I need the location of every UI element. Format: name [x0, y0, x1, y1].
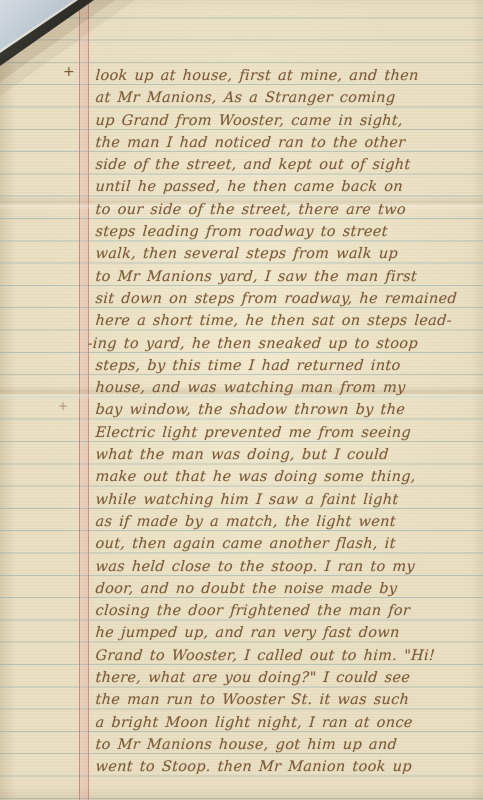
manuscript-line-text: closing the door frightened the man for — [95, 603, 411, 619]
manuscript-line: what the man was doing, but I could — [0, 442, 483, 464]
margin-mark: + — [58, 399, 68, 413]
manuscript-line: until he passed, he then came back on — [0, 174, 483, 196]
manuscript-line: here a short time, he then sat on steps … — [0, 308, 483, 330]
manuscript-line: make out that he was doing some thing, — [0, 464, 483, 486]
manuscript-line: steps, by this time I had returned into — [0, 353, 483, 375]
manuscript-line-text: went to Stoop. then Mr Manion took up — [95, 759, 412, 775]
manuscript-line-text: out, then again came another flash, it — [95, 536, 396, 552]
manuscript-line-text: was held close to the stoop. I ran to my — [95, 559, 416, 575]
manuscript-line-text: to our side of the street, there are two — [95, 202, 407, 218]
manuscript-line: was held close to the stoop. I ran to my — [0, 553, 483, 575]
manuscript-line-text: make out that he was doing some thing, — [95, 469, 416, 485]
manuscript-line-text: a bright Moon light night, I ran at once — [95, 715, 413, 731]
manuscript-line: closing the door frightened the man for — [0, 598, 483, 620]
manuscript-line: the man run to Wooster St. it was such — [0, 687, 483, 709]
manuscript-line-text: there, what are you doing?" I could see — [95, 670, 411, 686]
manuscript-line-text: house, and was watching man from my — [95, 380, 406, 396]
manuscript-line-text: to Mr Manions yard, I saw the man first — [95, 269, 418, 285]
manuscript-line-text: door, and no doubt the noise made by — [95, 581, 398, 597]
manuscript-line: to our side of the street, there are two — [0, 196, 483, 218]
manuscript-line: there, what are you doing?" I could see — [0, 665, 483, 687]
manuscript-line-text: to Mr Manions house, got him up and — [95, 737, 398, 753]
manuscript-line: bay window, the shadow thrown by the — [0, 397, 483, 419]
manuscript-line: a bright Moon light night, I ran at once — [0, 709, 483, 731]
manuscript-line: side of the street, and kept out of sigh… — [0, 152, 483, 174]
manuscript-line-text: here a short time, he then sat on steps … — [95, 313, 452, 329]
manuscript-line-text: Grand to Wooster, I called out to him. "… — [95, 648, 436, 664]
manuscript-line: walk, then several steps from walk up — [0, 241, 483, 263]
manuscript-line-text: the man run to Wooster St. it was such — [95, 692, 410, 708]
manuscript-line-text: up Grand from Wooster, came in sight, — [95, 113, 403, 129]
manuscript-line: out, then again came another flash, it — [0, 531, 483, 553]
manuscript-line-text: the man I had noticed ran to the other — [95, 135, 406, 151]
manuscript-line: as if made by a match, the light went — [0, 509, 483, 531]
manuscript-line-text: until he passed, he then came back on — [95, 179, 403, 195]
manuscript-line-text: walk, then several steps from walk up — [95, 246, 399, 262]
manuscript-line-text: what the man was doing, but I could — [95, 447, 389, 463]
manuscript-line: sit down on steps from roadway, he remai… — [0, 286, 483, 308]
manuscript-line: Electric light prevented me from seeing — [0, 419, 483, 441]
manuscript-line: steps leading from roadway to street — [0, 219, 483, 241]
manuscript-line-text: steps leading from roadway to street — [95, 224, 388, 240]
manuscript-line-text: side of the street, and kept out of sigh… — [95, 157, 411, 173]
manuscript-line: the man I had noticed ran to the other — [0, 130, 483, 152]
manuscript-line-text: steps, by this time I had returned into — [95, 358, 401, 374]
manuscript-line-text: at Mr Manions, As a Stranger coming — [95, 90, 396, 106]
manuscript-page: look up at house, first at mine, and the… — [0, 0, 483, 800]
manuscript-line: up Grand from Wooster, came in sight, — [0, 107, 483, 129]
manuscript-line: Grand to Wooster, I called out to him. "… — [0, 642, 483, 664]
manuscript-line: -ing to yard, he then sneaked up to stoo… — [0, 330, 483, 352]
manuscript-line: house, and was watching man from my — [0, 375, 483, 397]
manuscript-line-text: as if made by a match, the light went — [95, 514, 396, 530]
manuscript-line-text: -ing to yard, he then sneaked up to stoo… — [87, 336, 419, 352]
manuscript-line: to Mr Manions yard, I saw the man first — [0, 263, 483, 285]
manuscript-line: he jumped up, and ran very fast down — [0, 620, 483, 642]
manuscript-line-text: while watching him I saw a faint light — [95, 492, 399, 508]
manuscript-line: at Mr Manions, As a Stranger coming — [0, 85, 483, 107]
manuscript-line: to Mr Manions house, got him up and — [0, 732, 483, 754]
manuscript-line: while watching him I saw a faint light — [0, 486, 483, 508]
manuscript-line-text: bay window, the shadow thrown by the — [95, 402, 406, 418]
manuscript-line-text: sit down on steps from roadway, he remai… — [95, 291, 458, 307]
manuscript-line-text: Electric light prevented me from seeing — [95, 425, 412, 441]
margin-mark: + — [63, 64, 75, 80]
manuscript-line-text: look up at house, first at mine, and the… — [95, 68, 419, 84]
manuscript-line: went to Stoop. then Mr Manion took up — [0, 754, 483, 776]
manuscript-line: door, and no doubt the noise made by — [0, 576, 483, 598]
manuscript-line-text: he jumped up, and ran very fast down — [95, 625, 400, 641]
handwritten-text-block: look up at house, first at mine, and the… — [0, 63, 483, 777]
